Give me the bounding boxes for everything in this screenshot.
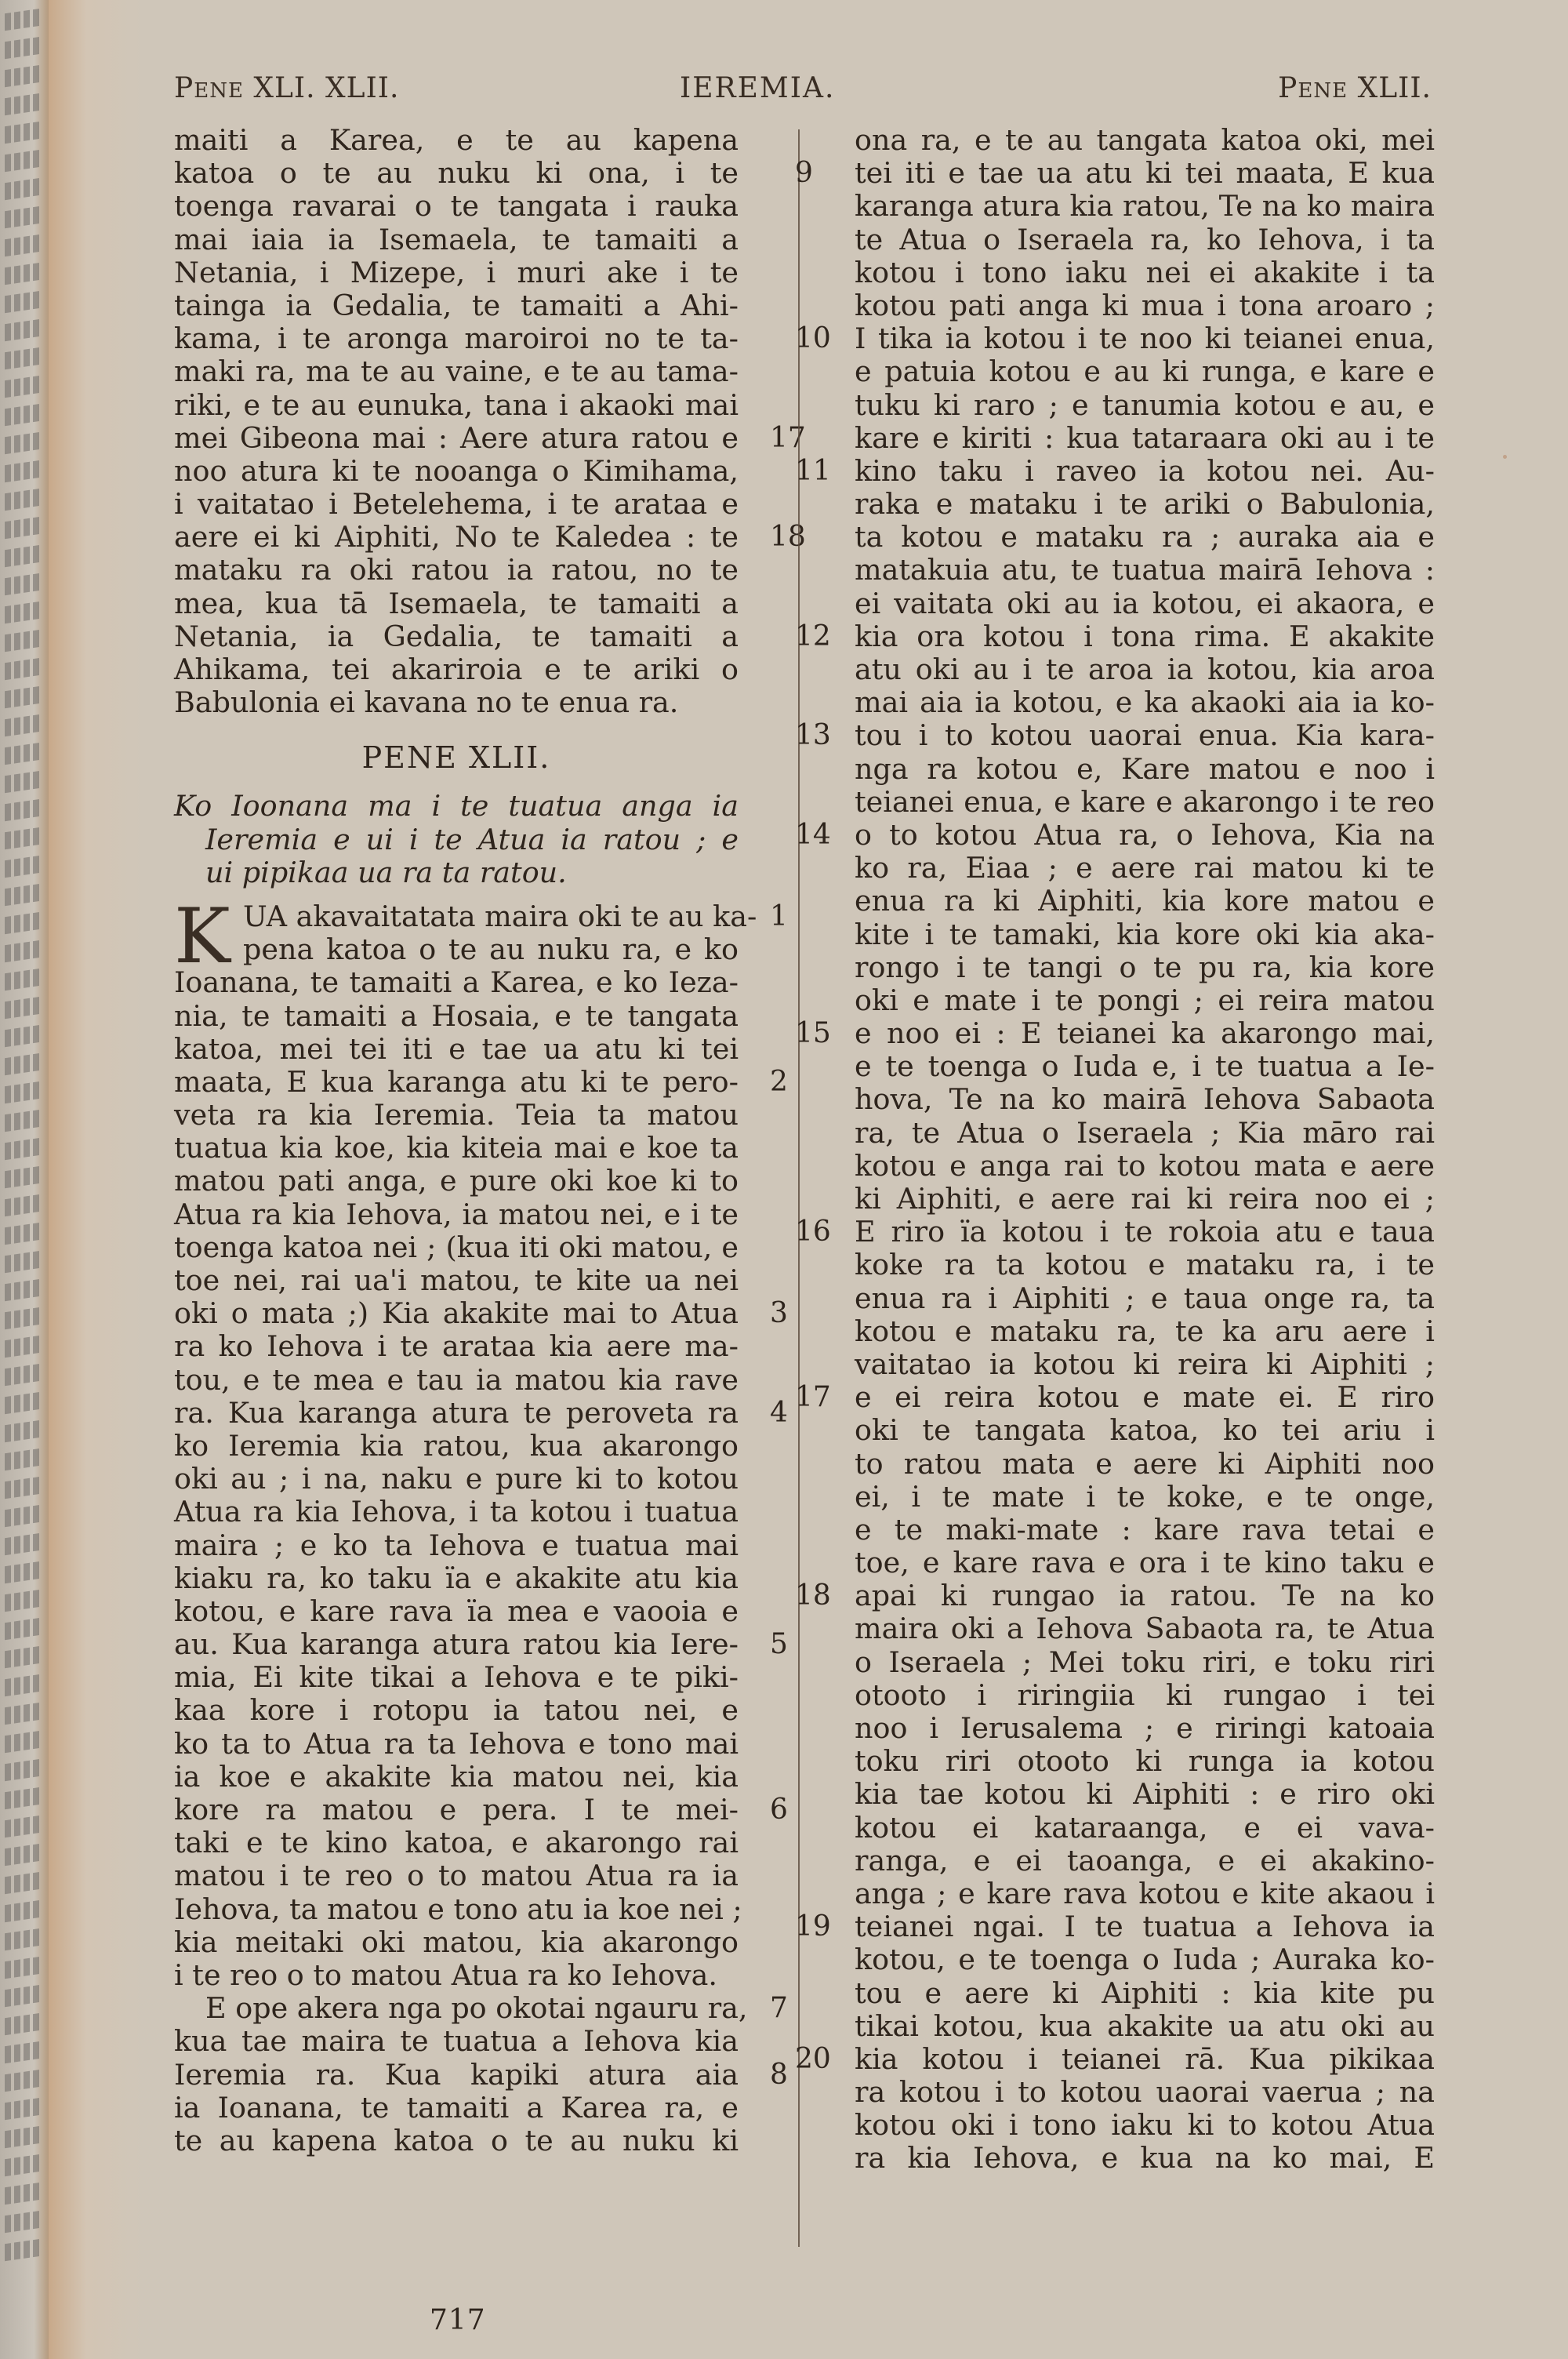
line-text: ra. Kua karanga atura te peroveta ra (174, 1396, 739, 1430)
line-text: ki Aiphiti, e aere rai ki reira noo ei ; (855, 1182, 1435, 1216)
running-head-initial: P (174, 72, 194, 104)
line-text: toe nei, rai ua'i matou, te kite ua nei (174, 1263, 739, 1297)
line-text: Iehova, ta matou e tono atu ia koe nei ; (174, 1892, 742, 1926)
line-text: e noo ei : E teianei ka akarongo mai, (855, 1016, 1435, 1050)
running-head-smallcaps: ENE (194, 79, 244, 103)
verse-number: 15 (795, 1017, 844, 1050)
line-text: karanga atura kia ratou, Te na ko maira (855, 189, 1435, 223)
book-page: PENE XLI. XLII. IEREMIA. PENE XLII. mait… (0, 0, 1568, 2359)
verse-number: 14 (795, 819, 844, 852)
line-text: tei iti e tae ua atu ki tei maata, E kua (855, 156, 1435, 190)
text-line: kare e kiriti : kua tataraara oki au i t… (855, 422, 1435, 455)
line-text: kore ra matou e pera. I te mei- (174, 1793, 739, 1826)
line-text: ko ra, Eiaa ; e aere rai matou ki te (855, 851, 1435, 885)
text-line: I tika ia kotou i te noo ki teianei enua… (855, 322, 1435, 355)
text-line: ko ra, Eiaa ; e aere rai matou ki te (855, 852, 1435, 885)
summary-line: ui pipikaa ua ra ta ratou. (174, 856, 739, 889)
text-line: te au kapena katoa o te au nuku ki (174, 2125, 739, 2157)
summary-line: Ieremia e ui i te Atua ia ratou ; e (174, 823, 739, 856)
line-text: kia meitaki oki matou, kia akarongo (174, 1925, 739, 1959)
text-line: karanga atura kia ratou, Te na ko maira (855, 190, 1435, 223)
text-line: oki au ; i na, naku e pure ki to kotou (174, 1463, 739, 1496)
text-line: apai ki rungao ia ratou. Te na ko18 (855, 1579, 1435, 1612)
line-text: tuku ki raro ; e tanumia kotou e au, e (855, 388, 1435, 422)
text-line: atu oki au i te aroa ia kotou, kia aroa (855, 653, 1435, 686)
line-text: teianei ngai. I te tuatua a Iehova ia (855, 1910, 1435, 1943)
line-text: ko Ieremia kia ratou, kua akarongo (174, 1429, 739, 1463)
text-line: tuku ki raro ; e tanumia kotou e au, e (855, 389, 1435, 422)
text-line: e te maki-mate : kare rava tetai e (855, 1514, 1435, 1547)
line-text: toku riri otooto ki runga ia kotou (855, 1744, 1435, 1778)
line-text: tou i to kotou uaorai enua. Kia kara- (855, 718, 1435, 752)
right-column: ona ra, e te au tangata katoa oki, meite… (855, 124, 1435, 2175)
line-text: Atua ra kia Iehova, ia matou nei, e i te (174, 1198, 739, 1231)
line-text: tikai kotou, kua akakite ua atu oki au (855, 2009, 1435, 2043)
verse-number: 19 (795, 1910, 844, 1943)
text-line: E ope akera nga po okotai ngauru ra,7 (174, 1992, 739, 2025)
text-line: maira oki a Iehova Sabaota ra, te Atua (855, 1612, 1435, 1645)
line-text: hova, Te na ko mairā Iehova Sabaota (855, 1082, 1435, 1116)
text-line: otooto i riringiia ki rungao i tei (855, 1679, 1435, 1712)
text-line: e ei reira kotou e mate ei. E riro17 (855, 1381, 1435, 1414)
line-text: kia kotou i teianei rā. Kua pikikaa (855, 2042, 1435, 2076)
line-text: rongo i te tangi o te pu ra, kia kore (855, 951, 1435, 984)
line-text: I tika ia kotou i te noo ki teianei enua… (855, 322, 1435, 355)
text-line: Ahikama, tei akariroia e te ariki o (174, 653, 739, 686)
text-line: ra. Kua karanga atura te peroveta ra4 (174, 1397, 739, 1430)
text-line: maiti a Karea, e te au kapena (174, 124, 739, 157)
line-text: Ieremia ra. Kua kapiki atura aia (174, 2058, 739, 2092)
text-line: ki Aiphiti, e aere rai ki reira noo ei ; (855, 1183, 1435, 1216)
running-head-book-title: IEREMIA. (680, 72, 835, 104)
line-text: E ope akera nga po okotai ngauru ra, (205, 1991, 748, 2025)
line-text: kaa kore i rotopu ia tatou nei, e (174, 1693, 739, 1727)
text-line: pena katoa o te au nuku ra, e ko (174, 933, 739, 966)
line-text: kua tae maira te tuatua a Iehova kia (174, 2024, 739, 2058)
text-line: maira ; e ko ta Iehova e tuatua mai (174, 1529, 739, 1562)
line-text: kiaku ra, ko taku ïa e akakite atu kia (174, 1561, 739, 1595)
line-text: vaitatao ia kotou ki reira ki Aiphiti ; (855, 1347, 1435, 1381)
text-line: nia, te tamaiti a Hosaia, e te tangata (174, 1000, 739, 1033)
text-line: riki, e te au eunuka, tana i akaoki mai (174, 389, 739, 422)
line-text: mai aia ia kotou, e ka akaoki aia ia ko- (855, 685, 1435, 719)
text-line: mia, Ei kite tikai a Iehova e te piki- (174, 1661, 739, 1694)
line-text: nga ra kotou e, Kare matou e noo i (855, 752, 1435, 786)
line-text: mei Gibeona mai : Aere atura ratou e (174, 421, 739, 455)
text-line: matou pati anga, e pure oki koe ki to (174, 1165, 739, 1198)
line-text: toenga ravarai o te tangata i rauka (174, 189, 739, 223)
text-line: toe, e kare rava e ora i te kino taku e (855, 1547, 1435, 1579)
line-text: e ei reira kotou e mate ei. E riro (855, 1380, 1435, 1414)
line-text: maiti a Karea, e te au kapena (174, 123, 739, 157)
line-text: maira ; e ko ta Iehova e tuatua mai (174, 1528, 739, 1562)
running-head-left: PENE XLI. XLII. (174, 72, 399, 104)
text-line: kite i te tamaki, kia kore oki kia aka- (855, 918, 1435, 951)
text-line: toku riri otooto ki runga ia kotou (855, 1745, 1435, 1778)
line-text: kama, i te aronga maroiroi no te ta- (174, 322, 739, 355)
text-line: toenga katoa nei ; (kua iti oki matou, e (174, 1231, 739, 1264)
verse-number: 1 (770, 900, 801, 933)
text-line: tuatua kia koe, kia kiteia mai e koe ta (174, 1132, 739, 1165)
line-text: ia Ioanana, te tamaiti a Karea ra, e (174, 2091, 739, 2125)
text-line: vaitatao ia kotou ki reira ki Aiphiti ; (855, 1348, 1435, 1381)
line-text: maki ra, ma te au vaine, e te au tama- (174, 354, 739, 388)
verse-number: 17 (770, 422, 801, 455)
text-line: Babulonia ei kavana no te enua ra. (174, 686, 739, 719)
text-line: UA akavaitatata maira oki te au ka-1 (174, 900, 739, 933)
text-line: veta ra kia Ieremia. Teia ta matou (174, 1099, 739, 1132)
text-line: mai iaia ia Isemaela, te tamaiti a (174, 224, 739, 256)
line-text: tou, e te mea e tau ia matou kia rave (174, 1363, 739, 1397)
text-line: katoa, mei tei iti e tae ua atu ki tei (174, 1033, 739, 1066)
line-text: i te reo o to matou Atua ra ko Iehova. (174, 1958, 717, 1992)
line-text: oki o mata ;) Kia akakite mai to Atua (174, 1296, 739, 1330)
text-line: matakuia atu, te tuatua mairā Iehova : (855, 554, 1435, 587)
line-text: oki te tangata katoa, ko tei ariu i (855, 1413, 1435, 1447)
text-line: kotou pati anga ki mua i tona aroaro ; (855, 289, 1435, 322)
line-text: kino taku i raveo ia kotou nei. Au- (855, 454, 1435, 488)
line-text: te Atua o Iseraela ra, ko Iehova, i ta (855, 223, 1435, 256)
text-line: enua ra i Aiphiti ; e taua onge ra, ta (855, 1282, 1435, 1315)
line-text: o to kotou Atua ra, o Iehova, Kia na (855, 818, 1435, 852)
text-line: Ieremia ra. Kua kapiki atura aia8 (174, 2059, 739, 2092)
text-line: ranga, e ei taoanga, e ei akakino- (855, 1845, 1435, 1877)
text-line: kia ora kotou i tona rima. E akakite12 (855, 620, 1435, 653)
text-line: ei, i te mate i te koke, e te onge, (855, 1481, 1435, 1514)
line-text: kotou, e te toenga o Iuda ; Auraka ko- (855, 1943, 1435, 1976)
text-line: noo i Ierusalema ; e riringi katoaia (855, 1712, 1435, 1745)
text-line: to ratou mata e aere ki Aiphiti noo (855, 1448, 1435, 1481)
text-line: kia tae kotou ki Aiphiti : e riro oki (855, 1778, 1435, 1811)
text-line: koke ra ta kotou e mataku ra, i te (855, 1249, 1435, 1281)
verse-number: 9 (795, 157, 844, 190)
text-line: kotou, e te toenga o Iuda ; Auraka ko- (855, 1943, 1435, 1976)
line-text: ra kotou i to kotou uaorai vaerua ; na (855, 2075, 1435, 2109)
line-text: maata, E kua karanga atu ki te pero- (174, 1065, 739, 1099)
text-line: anga ; e kare rava kotou e kite akaou i (855, 1877, 1435, 1910)
line-text: maira oki a Iehova Sabaota ra, te Atua (855, 1612, 1435, 1645)
running-head-chapters: XLII. (1348, 72, 1432, 104)
text-line: ei vaitata oki au ia kotou, ei akaora, e (855, 587, 1435, 620)
line-text: Babulonia ei kavana no te enua ra. (174, 685, 678, 719)
text-line: kua tae maira te tuatua a Iehova kia (174, 2025, 739, 2058)
text-line: kotou e anga rai to kotou mata e aere (855, 1150, 1435, 1183)
text-line: toenga ravarai o te tangata i rauka (174, 190, 739, 223)
text-line: mea, kua tā Isemaela, te tamaiti a (174, 587, 739, 620)
text-line: kaa kore i rotopu ia tatou nei, e (174, 1694, 739, 1727)
text-line: e te toenga o Iuda e, i te tuatua a Ie- (855, 1050, 1435, 1083)
line-text: kia ora kotou i tona rima. E akakite (855, 620, 1435, 653)
text-line: kiaku ra, ko taku ïa e akakite atu kia (174, 1562, 739, 1595)
text-line: o Iseraela ; Mei toku riri, e toku riri (855, 1646, 1435, 1679)
text-line: kotou i tono iaku nei ei akakite i ta (855, 256, 1435, 289)
text-line: mataku ra oki ratou ia ratou, no te (174, 554, 739, 587)
line-text: toe, e kare rava e ora i te kino taku e (855, 1546, 1435, 1579)
text-line: Iehova, ta matou e tono atu ia koe nei ; (174, 1893, 739, 1926)
text-line: tei iti e tae ua atu ki tei maata, E kua… (855, 157, 1435, 190)
verse-number: 18 (795, 1579, 844, 1612)
text-line: te Atua o Iseraela ra, ko Iehova, i ta (855, 224, 1435, 256)
line-text: o Iseraela ; Mei toku riri, e toku riri (855, 1645, 1435, 1679)
line-text: kotou oki i tono iaku ki to kotou Atua (855, 2108, 1435, 2142)
text-line: tainga ia Gedalia, te tamaiti a Ahi- (174, 289, 739, 322)
text-line: teianei ngai. I te tuatua a Iehova ia19 (855, 1910, 1435, 1943)
line-text: UA akavaitatata maira oki te au ka- (243, 900, 757, 933)
line-text: raka e mataku i te ariki o Babulonia, (855, 487, 1435, 521)
text-line: au. Kua karanga atura ratou kia Iere-5 (174, 1628, 739, 1661)
text-line: maata, E kua karanga atu ki te pero-2 (174, 1066, 739, 1099)
text-line: kotou ei kataraanga, e ei vava- (855, 1812, 1435, 1845)
running-head-right: PENE XLII. (1278, 72, 1432, 104)
line-text: ei, i te mate i te koke, e te onge, (855, 1480, 1435, 1514)
text-line: tou i to kotou uaorai enua. Kia kara-13 (855, 719, 1435, 752)
chapter-heading: PENE XLII. (174, 740, 739, 776)
text-line: maki ra, ma te au vaine, e te au tama- (174, 355, 739, 388)
line-text: ia koe e akakite kia matou nei, kia (174, 1760, 739, 1794)
text-line: rongo i te tangi o te pu ra, kia kore (855, 951, 1435, 984)
line-text: kotou ei kataraanga, e ei vava- (855, 1811, 1435, 1845)
verse-number: 10 (795, 322, 844, 355)
text-line: ra, te Atua o Iseraela ; Kia māro rai (855, 1117, 1435, 1150)
verse-number: 2 (770, 1066, 801, 1099)
line-text: teianei enua, e kare e akarongo i te reo (855, 785, 1435, 819)
text-line: noo atura ki te nooanga o Kimihama, (174, 455, 739, 488)
text-line: kia meitaki oki matou, kia akarongo (174, 1926, 739, 1959)
verse-number: 11 (795, 455, 844, 488)
text-line: hova, Te na ko mairā Iehova Sabaota (855, 1083, 1435, 1116)
line-text: ko ta to Atua ra ta Iehova e tono mai (174, 1727, 739, 1761)
line-text: to ratou mata e aere ki Aiphiti noo (855, 1447, 1435, 1481)
line-text: tainga ia Gedalia, te tamaiti a Ahi- (174, 289, 739, 322)
line-text: otooto i riringiia ki rungao i tei (855, 1678, 1435, 1712)
text-line: oki o mata ;) Kia akakite mai to Atua3 (174, 1297, 739, 1330)
text-line: kama, i te aronga maroiroi no te ta- (174, 322, 739, 355)
text-line: kotou, e kare rava ïa mea e vaooia e (174, 1595, 739, 1628)
text-line: Atua ra kia Iehova, i ta kotou i tuatua (174, 1496, 739, 1528)
line-text: E riro ïa kotou i te rokoia atu e taua (855, 1215, 1435, 1249)
text-line: mai aia ia kotou, e ka akaoki aia ia ko- (855, 686, 1435, 719)
line-text: oki e mate i te pongi ; ei reira matou (855, 983, 1435, 1017)
text-line: toe nei, rai ua'i matou, te kite ua nei (174, 1264, 739, 1297)
line-text: kare e kiriti : kua tataraara oki au i t… (855, 421, 1435, 455)
line-text: i vaitatao i Betelehema, i te arataa e (174, 487, 739, 521)
page-number: 717 (430, 2304, 486, 2336)
line-text: ona ra, e te au tangata katoa oki, mei (855, 123, 1435, 157)
line-text: e te toenga o Iuda e, i te tuatua a Ie- (855, 1049, 1435, 1083)
continuation-text: maiti a Karea, e te au kapenakatoa o te … (174, 124, 739, 719)
line-text: aere ei ki Aiphiti, No te Kaledea : te (174, 520, 739, 554)
text-line: kore ra matou e pera. I te mei-6 (174, 1794, 739, 1826)
text-line: e patuia kotou e au ki runga, e kare e (855, 355, 1435, 388)
line-text: Ioanana, te tamaiti a Karea, e ko Ieza- (174, 965, 739, 999)
line-text: te au kapena katoa o te au nuku ki (174, 2124, 739, 2157)
text-line: ona ra, e te au tangata katoa oki, mei (855, 124, 1435, 157)
line-text: oki au ; i na, naku e pure ki to kotou (174, 1462, 739, 1496)
text-line: kotou e mataku ra, te ka aru aere i (855, 1315, 1435, 1348)
line-text: ta kotou e mataku ra ; auraka aia e (855, 520, 1435, 554)
verse-number: 12 (795, 620, 844, 653)
line-text: ra ko Iehova i te arataa kia aere ma- (174, 1329, 739, 1363)
verse-number: 20 (795, 2043, 844, 2076)
line-text: noo i Ierusalema ; e riringi katoaia (855, 1711, 1435, 1745)
text-line: mei Gibeona mai : Aere atura ratou e17 (174, 422, 739, 455)
line-text: apai ki rungao ia ratou. Te na ko (855, 1579, 1435, 1612)
chapter-summary: Ko Ioonana ma i te tuatua anga iaIeremia… (174, 790, 739, 889)
line-text: kite i te tamaki, kia kore oki kia aka- (855, 918, 1435, 951)
line-text: matou i te reo o to matou Atua ra ia (174, 1859, 739, 1892)
line-text: tou e aere ki Aiphiti : kia kite pu (855, 1976, 1435, 2010)
text-line: kotou oki i tono iaku ki to kotou Atua (855, 2109, 1435, 2142)
line-text: matou pati anga, e pure oki koe ki to (174, 1164, 739, 1198)
text-line: taki e te kino katoa, e akarongo rai (174, 1826, 739, 1859)
line-text: mea, kua tā Isemaela, te tamaiti a (174, 587, 739, 620)
text-line: ra ko Iehova i te arataa kia aere ma- (174, 1330, 739, 1363)
line-text: anga ; e kare rava kotou e kite akaou i (855, 1877, 1435, 1910)
line-text: ei vaitata oki au ia kotou, ei akaora, e (855, 587, 1435, 620)
line-text: kotou i tono iaku nei ei akakite i ta (855, 256, 1435, 289)
line-text: enua ra i Aiphiti ; e taua onge ra, ta (855, 1281, 1435, 1315)
line-text: kotou pati anga ki mua i tona aroaro ; (855, 289, 1435, 322)
chapter-body: K UA akavaitatata maira oki te au ka-1pe… (174, 900, 739, 2157)
line-text: veta ra kia Ieremia. Teia ta matou (174, 1098, 739, 1132)
line-text: koke ra ta kotou e mataku ra, i te (855, 1248, 1435, 1281)
verse-number: 16 (795, 1216, 844, 1249)
text-line: kia kotou i teianei rā. Kua pikikaa20 (855, 2043, 1435, 2076)
line-text: Ahikama, tei akariroia e te ariki o (174, 652, 739, 686)
line-text: noo atura ki te nooanga o Kimihama, (174, 454, 739, 488)
text-line: Netania, i Mizepe, i muri ake i te (174, 256, 739, 289)
line-text: tuatua kia koe, kia kiteia mai e koe ta (174, 1131, 739, 1165)
paper-speck (1503, 455, 1507, 459)
text-line: ko ta to Atua ra ta Iehova e tono mai (174, 1728, 739, 1761)
text-line: ia Ioanana, te tamaiti a Karea ra, e (174, 2092, 739, 2125)
verse-number: 17 (795, 1381, 844, 1414)
line-text: e patuia kotou e au ki runga, e kare e (855, 354, 1435, 388)
text-line: matou i te reo o to matou Atua ra ia (174, 1859, 739, 1892)
line-text: kia tae kotou ki Aiphiti : e riro oki (855, 1777, 1435, 1811)
text-line: ra kotou i to kotou uaorai vaerua ; na (855, 2076, 1435, 2109)
line-text: atu oki au i te aroa ia kotou, kia aroa (855, 652, 1435, 686)
text-line: i vaitatao i Betelehema, i te arataa e (174, 488, 739, 521)
line-text: kotou e mataku ra, te ka aru aere i (855, 1314, 1435, 1348)
text-line: ra kia Iehova, e kua na ko mai, E (855, 2142, 1435, 2175)
text-line: aere ei ki Aiphiti, No te Kaledea : te18 (174, 521, 739, 554)
text-line: ia koe e akakite kia matou nei, kia (174, 1761, 739, 1794)
text-line: Atua ra kia Iehova, ia matou nei, e i te (174, 1198, 739, 1231)
text-line: teianei enua, e kare e akarongo i te reo (855, 786, 1435, 819)
text-line: ta kotou e mataku ra ; auraka aia e (855, 521, 1435, 554)
line-text: Netania, ia Gedalia, te tamaiti a (174, 620, 739, 653)
verse-number: 3 (770, 1297, 801, 1330)
line-text: nia, te tamaiti a Hosaia, e te tangata (174, 999, 739, 1033)
left-column: maiti a Karea, e te au kapenakatoa o te … (174, 124, 739, 2157)
line-text: enua ra ki Aiphiti, kia kore matou e (855, 884, 1435, 918)
line-text: e te maki-mate : kare rava tetai e (855, 1513, 1435, 1547)
verse-number: 7 (770, 1992, 801, 2025)
line-text: riki, e te au eunuka, tana i akaoki mai (174, 388, 739, 422)
summary-line: Ko Ioonana ma i te tuatua anga ia (174, 790, 739, 823)
text-line: kino taku i raveo ia kotou nei. Au-11 (855, 455, 1435, 488)
line-text: pena katoa o te au nuku ra, e ko (243, 932, 739, 966)
verse-number: 13 (795, 719, 844, 752)
running-head-smallcaps: ENE (1298, 79, 1348, 103)
line-text: Netania, i Mizepe, i muri ake i te (174, 256, 739, 289)
line-text: taki e te kino katoa, e akarongo rai (174, 1826, 739, 1859)
line-text: Atua ra kia Iehova, i ta kotou i tuatua (174, 1495, 739, 1528)
text-line: e noo ei : E teianei ka akarongo mai,15 (855, 1017, 1435, 1050)
text-line: E riro ïa kotou i te rokoia atu e taua16 (855, 1216, 1435, 1249)
line-text: mai iaia ia Isemaela, te tamaiti a (174, 223, 739, 256)
text-line: Netania, ia Gedalia, te tamaiti a (174, 620, 739, 653)
text-line: enua ra ki Aiphiti, kia kore matou e (855, 885, 1435, 918)
line-text: ranga, e ei taoanga, e ei akakino- (855, 1844, 1435, 1877)
text-line: o to kotou Atua ra, o Iehova, Kia na14 (855, 819, 1435, 852)
line-text: mataku ra oki ratou ia ratou, no te (174, 553, 739, 587)
text-line: oki e mate i te pongi ; ei reira matou (855, 984, 1435, 1017)
text-line: oki te tangata katoa, ko tei ariu i (855, 1414, 1435, 1447)
text-line: raka e mataku i te ariki o Babulonia, (855, 488, 1435, 521)
line-text: ra kia Iehova, e kua na ko mai, E (855, 2141, 1435, 2175)
text-line: tikai kotou, kua akakite ua atu oki au (855, 2010, 1435, 2043)
verse-number: 18 (770, 521, 801, 554)
line-text: au. Kua karanga atura ratou kia Iere- (174, 1627, 739, 1661)
text-line: Ioanana, te tamaiti a Karea, e ko Ieza- (174, 966, 739, 999)
running-head: PENE XLI. XLII. IEREMIA. PENE XLII. (174, 72, 1428, 111)
line-text: katoa o te au nuku ki ona, i te (174, 156, 739, 190)
running-head-initial: P (1278, 72, 1298, 104)
line-text: mia, Ei kite tikai a Iehova e te piki- (174, 1660, 739, 1694)
verse-number: 5 (770, 1628, 801, 1661)
line-text: kotou, e kare rava ïa mea e vaooia e (174, 1594, 739, 1628)
text-line: katoa o te au nuku ki ona, i te (174, 157, 739, 190)
verse-number: 6 (770, 1794, 801, 1826)
running-head-chapters: XLI. XLII. (244, 72, 400, 104)
text-line: tou, e te mea e tau ia matou kia rave (174, 1364, 739, 1397)
text-line: tou e aere ki Aiphiti : kia kite pu (855, 1977, 1435, 2010)
line-text: katoa, mei tei iti e tae ua atu ki tei (174, 1032, 739, 1066)
line-text: toenga katoa nei ; (kua iti oki matou, e (174, 1230, 739, 1264)
text-line: ko Ieremia kia ratou, kua akarongo (174, 1430, 739, 1463)
text-line: i te reo o to matou Atua ra ko Iehova. (174, 1959, 739, 1992)
text-line: nga ra kotou e, Kare matou e noo i (855, 753, 1435, 786)
line-text: matakuia atu, te tuatua mairā Iehova : (855, 553, 1435, 587)
line-text: kotou e anga rai to kotou mata e aere (855, 1149, 1435, 1183)
line-text: ra, te Atua o Iseraela ; Kia māro rai (855, 1116, 1435, 1150)
